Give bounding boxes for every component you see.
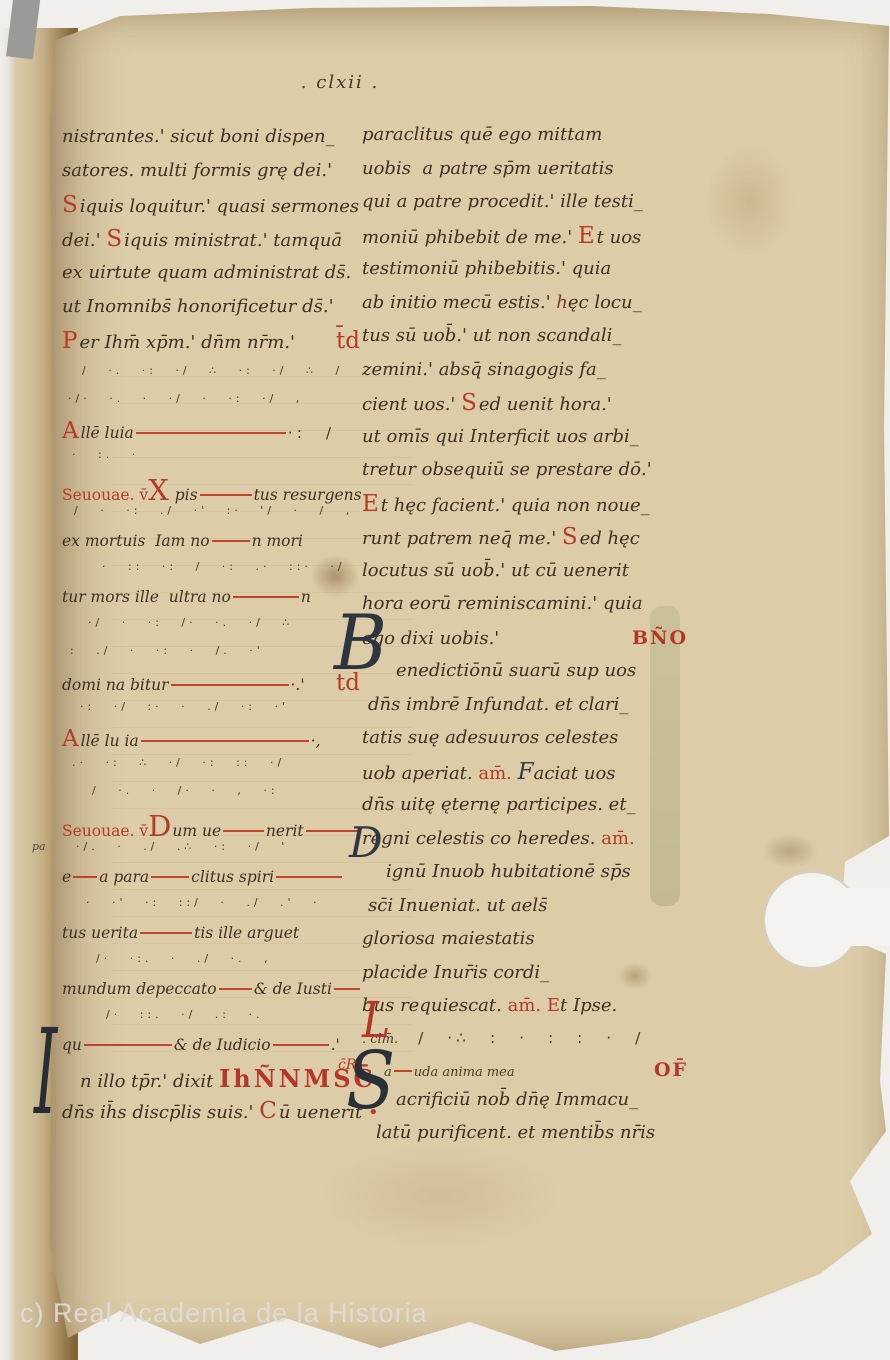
text-segment: ex uirtute quam administrat ds̄. — [62, 262, 351, 283]
marginal-note: pa — [32, 840, 46, 853]
text-segment: am̄. — [601, 828, 635, 849]
neumes: .· ·: ∴ ·/ ·: :: ·/ — [62, 756, 285, 769]
text-segment: am̄. — [508, 995, 542, 1016]
text-segment: A — [62, 728, 79, 751]
neumes: : ./ · ·: · /. ·' — [62, 644, 264, 657]
text-segment: satores. multi formis grę dei.' — [62, 160, 332, 181]
initial-I-in-illo: I — [34, 1024, 57, 1121]
text-segment: tur mors ille ultra no — [62, 588, 231, 606]
text-segment: moniū phibebit de me.' — [362, 227, 578, 248]
text-line: acrificiū nob̄ dn̄ę Immacu_ — [362, 1089, 688, 1123]
text-line: ignū Inuob hubitationē sp̄s — [362, 861, 688, 895]
text-line: latū purificent. et mentib̄s nr̄is — [362, 1122, 688, 1156]
neumes: ·/. · ./ .∴ ·: ·/ ' — [62, 840, 288, 853]
red-extension-line — [276, 876, 342, 878]
text-line: ab initio mecū estis.' hęc locu_ — [362, 292, 688, 326]
text-segment: uob aperiat. — [362, 763, 478, 784]
text-segment: hora eorū reminiscamini.' quia — [362, 593, 643, 614]
lyric-line: qu& de Iudicio.' — [62, 1036, 362, 1064]
lyric-line: auda anima meaOF̄ — [362, 1059, 688, 1089]
text-segment: & de Iudicio — [174, 1036, 271, 1054]
text-line: dn̄s uitę ęternę participes. et_ — [362, 794, 688, 828]
red-extension-line — [151, 876, 189, 878]
text-segment: placide Inur̄is cordi_ — [362, 962, 549, 983]
red-extension-line — [212, 540, 250, 542]
rubric: IhÑNM — [219, 1064, 333, 1093]
text-segment: sc̄i Inueniat. ut aels̄ — [368, 895, 547, 916]
lyric-line: domi na bitur·.'t̄d — [62, 672, 362, 700]
text-line: gloriosa maiestatis — [362, 928, 688, 962]
text-segment: aciat uos — [534, 763, 616, 784]
lyric-line: ea paraclitus spiri — [62, 868, 362, 896]
text-segment: tretur obsequiū se prestare dō.' — [362, 459, 652, 480]
text-segment: nerit — [266, 822, 304, 840]
text-line: sc̄i Inueniat. ut aels̄ — [362, 895, 688, 929]
text-segment: e — [62, 868, 71, 886]
text-segment: ut omīs qui Interficit uos arbi_ — [362, 426, 639, 447]
text-segment: ignū Inuob hubitationē sp̄s — [386, 861, 631, 882]
left-text-column: nistrantes.' sicut boni dispen_satores. … — [62, 126, 362, 1136]
lyric-line: Seuouae. v̄X pistus resurgens — [62, 476, 362, 504]
text-segment: llē lu ia — [81, 732, 139, 750]
text-segment: uobis a patre sp̄m ueritatis — [362, 158, 614, 179]
text-line: locutus sū uob̄.' ut cū uenerit — [362, 560, 688, 594]
neumes: · :: ·: / ·: .· ::· ·/ — [62, 560, 346, 573]
neume-line: /· ::. ·/ .: ·. — [62, 1008, 362, 1036]
neumes: / ·∴ : · : : · / — [398, 1029, 644, 1047]
text-segment: n — [301, 588, 311, 606]
text-segment: gloriosa maiestatis — [362, 928, 535, 949]
watermark-credit: c) Real Academia de la Historia — [20, 1298, 428, 1329]
text-segment: a para — [99, 868, 149, 886]
text-line: ego dixi uobis.'BÑO — [362, 627, 688, 661]
text-segment: paraclitus quē ego mittam — [362, 124, 602, 145]
text-line: Et hęc facient.' quia non noue_ — [362, 493, 688, 527]
text-segment: um ue — [172, 822, 221, 840]
text-segment: n illo tp̄r.' dixit — [80, 1071, 219, 1092]
red-extension-line — [273, 1044, 329, 1046]
text-segment: qui a patre procedit.' ille testi_ — [362, 191, 643, 212]
neume-line: / ·. · /· · , ·: — [62, 784, 362, 812]
neumes: / · ·: ./ ·' :· '/ · / , — [62, 504, 353, 517]
parchment-hole-edge-gap — [830, 888, 890, 946]
rubric: OF̄ — [654, 1059, 688, 1081]
lyric-line: tur mors ille ultra non — [62, 588, 362, 616]
neume-line: · ·' ·: ::/ · ./ .' · — [62, 896, 362, 924]
text-segment: er Ihm̄ xp̄m.' dn̄m nr̄m.' — [79, 332, 294, 353]
text-segment: h — [556, 292, 568, 313]
text-line: ut omīs qui Interficit uos arbi_ — [362, 426, 688, 460]
text-line: runt patrem neq̄ me.' Sed hęc — [362, 526, 688, 560]
text-segment: clitus spiri — [191, 868, 274, 886]
neumes: / ·. · /· · , ·: — [62, 784, 279, 797]
text-segment: P — [62, 330, 77, 353]
text-segment: llē luia — [81, 424, 134, 442]
text-line: regni celestis co heredes. am̄. — [362, 828, 688, 862]
text-segment: tus sū uob̄.' ut non scandali_ — [362, 325, 621, 346]
neume-line: · :: ·: / ·: .· ::· ·/ — [62, 560, 362, 588]
red-extension-line — [219, 988, 252, 990]
text-segment: S — [562, 526, 578, 549]
text-line: n illo tp̄r.' dixit IhÑNMSC̄ — [62, 1064, 362, 1100]
text-segment: ab initio mecū estis.' — [362, 292, 556, 313]
text-segment: t hęc facient.' quia non noue_ — [381, 495, 650, 516]
text-segment: S — [461, 392, 477, 415]
lyric-line: tus ueritatis ille arguet — [62, 924, 362, 952]
text-segment: S — [62, 194, 78, 217]
text-line: uob aperiat. am̄. Faciat uos — [362, 761, 688, 795]
lyric-line: ex mortuis Iam non mori — [62, 532, 362, 560]
text-segment: dn̄s imbrē Infundat. et clari_ — [368, 694, 628, 715]
text-segment: E — [578, 225, 595, 248]
text-line: hora eorū reminiscamini.' quia — [362, 593, 688, 627]
red-extension-line — [136, 432, 286, 434]
neumes: ·: / — [288, 424, 335, 442]
text-line: Per Ihm̄ xp̄m.' dn̄m nr̄m.'t̄d — [62, 330, 362, 364]
neume-line: /· ·:. · ./ ·. , — [62, 952, 362, 980]
text-line: nistrantes.' sicut boni dispen_ — [62, 126, 362, 160]
text-line: bus requiescat. am̄. Et Ipse. — [362, 995, 688, 1029]
text-segment: tus resurgens — [254, 486, 362, 504]
margin-rubric-scr: c̄R — [338, 1060, 356, 1071]
text-segment: C — [259, 1100, 277, 1123]
text-segment: ·.' — [291, 676, 305, 694]
text-line: ut Inomnibs̄ honorificetur ds̄.' — [62, 296, 362, 330]
text-line: qui a patre procedit.' ille testi_ — [362, 191, 688, 225]
neume-line: · :. · — [62, 448, 362, 476]
text-segment: S — [106, 228, 122, 251]
red-extension-line — [200, 494, 252, 496]
text-segment: zemini.' absq̄ sinagogis fa_ — [362, 359, 606, 380]
text-segment: dei.' — [62, 230, 106, 251]
lyric-line: . clm̄. / ·∴ : · : : · / — [362, 1029, 688, 1059]
text-line: satores. multi formis grę dei.' — [62, 160, 362, 194]
text-segment: E — [547, 995, 560, 1016]
text-line: zemini.' absq̄ sinagogis fa_ — [362, 359, 688, 393]
neumes: · :. · — [62, 448, 139, 461]
text-segment: X — [148, 476, 169, 505]
text-segment: ·, — [311, 732, 321, 750]
text-segment: t̄d — [336, 330, 360, 353]
red-extension-line — [84, 1044, 172, 1046]
text-segment: enedictiōnū suarū sup uos — [396, 660, 636, 681]
text-segment: E — [362, 493, 379, 516]
text-segment: D — [148, 812, 171, 841]
text-segment: ut Inomnibs̄ honorificetur ds̄.' — [62, 296, 334, 317]
neumes: ·/· ·. · ·/ · ·: ·/ , — [62, 392, 303, 405]
text-line: cient uos.' Sed uenit hora.' — [362, 392, 688, 426]
lyric-line: Seuouae. v̄Dum uenerit — [62, 812, 362, 840]
text-line: testimoniū phibebitis.' quia — [362, 258, 688, 292]
lyric-line: Allē lu ia·, — [62, 728, 362, 756]
red-extension-line — [171, 684, 289, 686]
text-segment: runt patrem neq̄ me.' — [362, 528, 562, 549]
text-segment: iquis ministrat.' tamquā — [124, 230, 342, 251]
text-segment: latū purificent. et mentib̄s nr̄is — [376, 1122, 655, 1143]
neume-line: ·/· ·. · ·/ · ·: ·/ , — [62, 392, 362, 420]
text-line: dn̄s imbrē Infundat. et clari_ — [362, 694, 688, 728]
text-segment: mundum depeccato — [62, 980, 217, 998]
text-segment: & de Iusti — [254, 980, 332, 998]
text-segment: ed hęc — [580, 528, 640, 549]
text-segment: acrificiū nob̄ dn̄ę Immacu_ — [396, 1089, 638, 1110]
neumes: ·: ·/ :· · ./ ·: ·' — [62, 700, 289, 713]
text-segment: locutus sū uob̄.' ut cū uenerit — [362, 560, 629, 581]
stain-near-hole — [750, 826, 830, 876]
initial-L-lauda: L — [362, 1000, 390, 1041]
text-segment: qu — [62, 1036, 82, 1054]
text-segment: tus uerita — [62, 924, 138, 942]
text-line: tatis suę adesuuros celestes — [362, 727, 688, 761]
text-segment: ęc locu_ — [568, 292, 642, 313]
text-segment: Seuouae. — [62, 486, 134, 504]
text-segment: .' — [331, 1036, 340, 1054]
neume-line: : ./ · ·: · /. ·' — [62, 644, 362, 672]
red-extension-line — [394, 1070, 412, 1072]
red-extension-line — [73, 876, 97, 878]
neumes: /· ::. ·/ .: ·. — [62, 1008, 264, 1021]
text-segment: n mori — [252, 532, 303, 550]
neumes: ·/ · ·: /· ·. ·/ ∴ — [62, 616, 293, 629]
initial-D-dignam: D — [349, 826, 383, 860]
text-segment: domi na bitur — [62, 676, 169, 694]
lyric-line: Allē luia·: / — [62, 420, 362, 448]
text-line: tus sū uob̄.' ut non scandali_ — [362, 325, 688, 359]
initial-B-benedictionum: B — [334, 612, 387, 674]
text-segment: v̄ — [139, 486, 148, 504]
text-segment: A — [62, 420, 79, 443]
right-text-column: paraclitus quē ego mittamuobis a patre s… — [362, 124, 688, 1156]
lyric-line: mundum depeccato& de Iusti — [62, 980, 362, 1008]
text-line: dn̄s ih̄s discp̄lis suis.' Cū uenerit • — [62, 1100, 362, 1136]
neumes: /· ·:. · ./ ·. , — [62, 952, 272, 965]
text-segment: tis ille arguet — [194, 924, 299, 942]
text-line: dei.' Siquis ministrat.' tamquā — [62, 228, 362, 262]
text-line: enedictiōnū suarū sup uos — [362, 660, 688, 694]
red-extension-line — [334, 988, 360, 990]
text-line: placide Inur̄is cordi_ — [362, 962, 688, 996]
red-extension-line — [140, 932, 192, 934]
neume-line: .· ·: ∴ ·/ ·: :: ·/ — [62, 756, 362, 784]
text-segment: Seuouae. — [62, 822, 134, 840]
text-segment: regni celestis co heredes. — [362, 828, 601, 849]
text-segment: ex mortuis Iam no — [62, 532, 210, 550]
rubric: BÑO — [632, 627, 688, 649]
text-segment: nistrantes.' sicut boni dispen_ — [62, 126, 335, 147]
neume-line: / ·. ·: ·/ ∴ ·: ·/ ∴ / — [62, 364, 362, 392]
neume-line: ·/ · ·: /· ·. ·/ ∴ — [62, 616, 362, 644]
text-segment: v̄ — [139, 822, 148, 840]
neume-line: ·/. · ./ .∴ ·: ·/ ' — [62, 840, 362, 868]
text-segment: t uos — [597, 227, 642, 248]
text-segment: iquis loquitur.' quasi sermones — [80, 196, 359, 217]
text-segment: dn̄s uitę ęternę participes. et_ — [362, 794, 636, 815]
folio-number: . clxii . — [250, 72, 430, 93]
text-line: uobis a patre sp̄m ueritatis — [362, 158, 688, 192]
text-segment: am̄. — [478, 763, 512, 784]
neumes: · ·' ·: ::/ · ./ .' · — [62, 896, 321, 909]
text-segment: pis — [170, 486, 198, 504]
text-line: paraclitus quē ego mittam — [362, 124, 688, 158]
text-line: tretur obsequiū se prestare dō.' — [362, 459, 688, 493]
red-extension-line — [141, 740, 309, 742]
text-segment: tatis suę adesuuros celestes — [362, 727, 618, 748]
text-segment: dn̄s ih̄s discp̄lis suis.' — [62, 1102, 259, 1123]
text-segment: testimoniū phibebitis.' quia — [362, 258, 611, 279]
text-line: ex uirtute quam administrat ds̄. — [62, 262, 362, 296]
text-segment: ed uenit hora.' — [479, 394, 612, 415]
text-segment: F — [518, 761, 534, 784]
text-segment: uda anima mea — [414, 1065, 515, 1080]
neumes: / ·. ·: ·/ ∴ ·: ·/ ∴ / — [62, 364, 343, 377]
text-segment: t Ipse. — [560, 995, 617, 1016]
red-extension-line — [223, 830, 264, 832]
text-line: Siquis loquitur.' quasi sermones — [62, 194, 362, 228]
neume-line: ·: ·/ :· · ./ ·: ·' — [62, 700, 362, 728]
text-line: moniū phibebit de me.' Et uos — [362, 225, 688, 259]
neume-line: / · ·: ./ ·' :· '/ · / , — [62, 504, 362, 532]
text-segment: cient uos.' — [362, 394, 461, 415]
red-extension-line — [233, 596, 299, 598]
stain — [690, 126, 810, 276]
